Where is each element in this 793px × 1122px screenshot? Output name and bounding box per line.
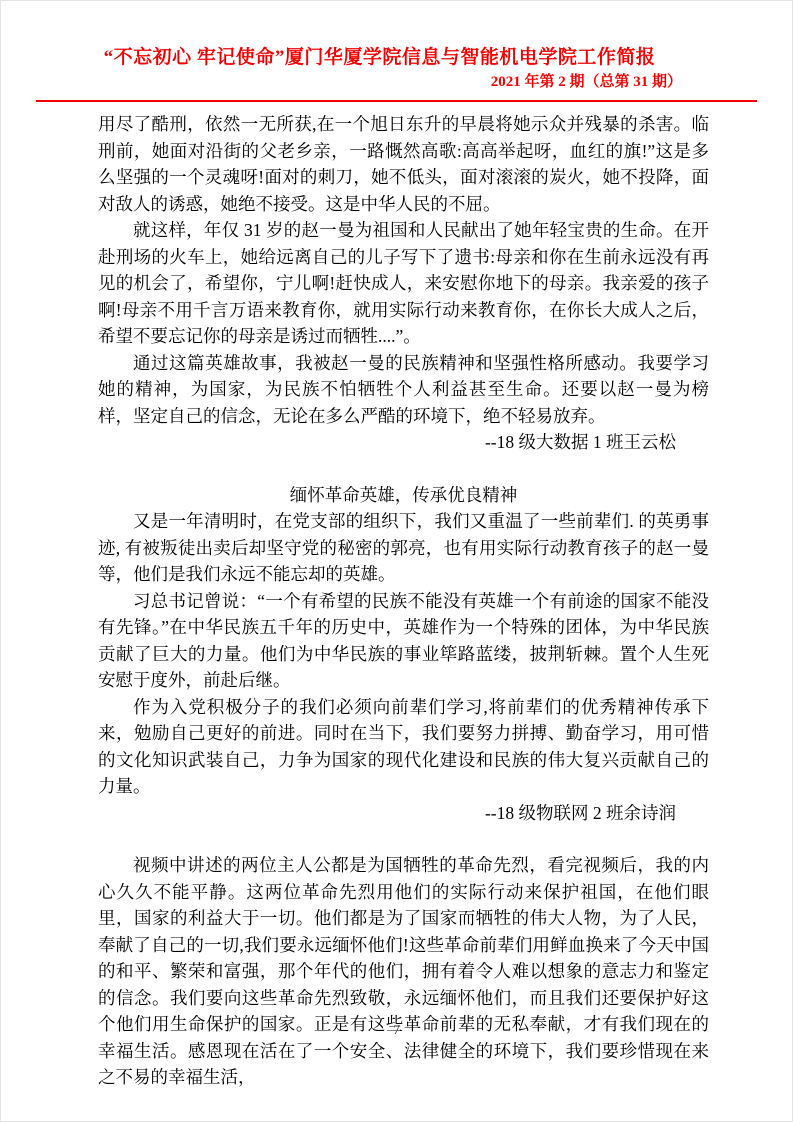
blank-line <box>98 456 709 482</box>
author-signature: --18 级大数据 1 班王云松 <box>98 429 709 456</box>
paragraph: 视频中讲述的两位主人公都是为国牺牲的革命先烈，看完视频后，我的内心久久不能平静。… <box>98 852 709 1091</box>
author-signature: --18 级物联网 2 班余诗润 <box>98 800 709 827</box>
section-heading: 缅怀革命英雄，传承优良精神 <box>98 482 709 509</box>
document-page: “不忘初心 牢记使命”厦门华厦学院信息与智能机电学院工作简报 2021 年第 2… <box>0 0 793 1122</box>
document-header: “不忘初心 牢记使命”厦门华厦学院信息与智能机电学院工作简报 2021 年第 2… <box>1 1 792 102</box>
document-body: 用尽了酷刑，依然一无所获,在一个旭日东升的早晨将她示众并残暴的杀害。临刑前，她面… <box>98 111 709 1091</box>
issue-line: 2021 年第 2 期（总第 31 期） <box>491 72 682 93</box>
bulletin-title: “不忘初心 牢记使命”厦门华厦学院信息与智能机电学院工作简报 <box>1 46 792 70</box>
paragraph: 用尽了酷刑，依然一无所获,在一个旭日东升的早晨将她示众并残暴的杀害。临刑前，她面… <box>98 111 709 217</box>
paragraph: 习总书记曾说：“一个有希望的民族不能没有英雄一个有前途的国家不能没有先锋。”在中… <box>98 588 709 694</box>
page-number: 7 <box>1 1022 792 1038</box>
paragraph: 作为入党积极分子的我们必须向前辈们学习,将前辈们的优秀精神传承下来，勉励自己更好… <box>98 694 709 800</box>
paragraph: 又是一年清明时，在党支部的组织下，我们又重温了一些前辈们. 的英勇事迹, 有被叛… <box>98 508 709 588</box>
header-rule-divider <box>36 100 757 102</box>
paragraph: 就这样，年仅 31 岁的赵一曼为祖国和人民献出了她年轻宝贵的生命。在开赴刑场的火… <box>98 217 709 350</box>
paragraph: 通过这篇英雄故事，我被赵一曼的民族精神和坚强性格所感动。我要学习她的精神，为国家… <box>98 350 709 430</box>
blank-line <box>98 826 709 852</box>
